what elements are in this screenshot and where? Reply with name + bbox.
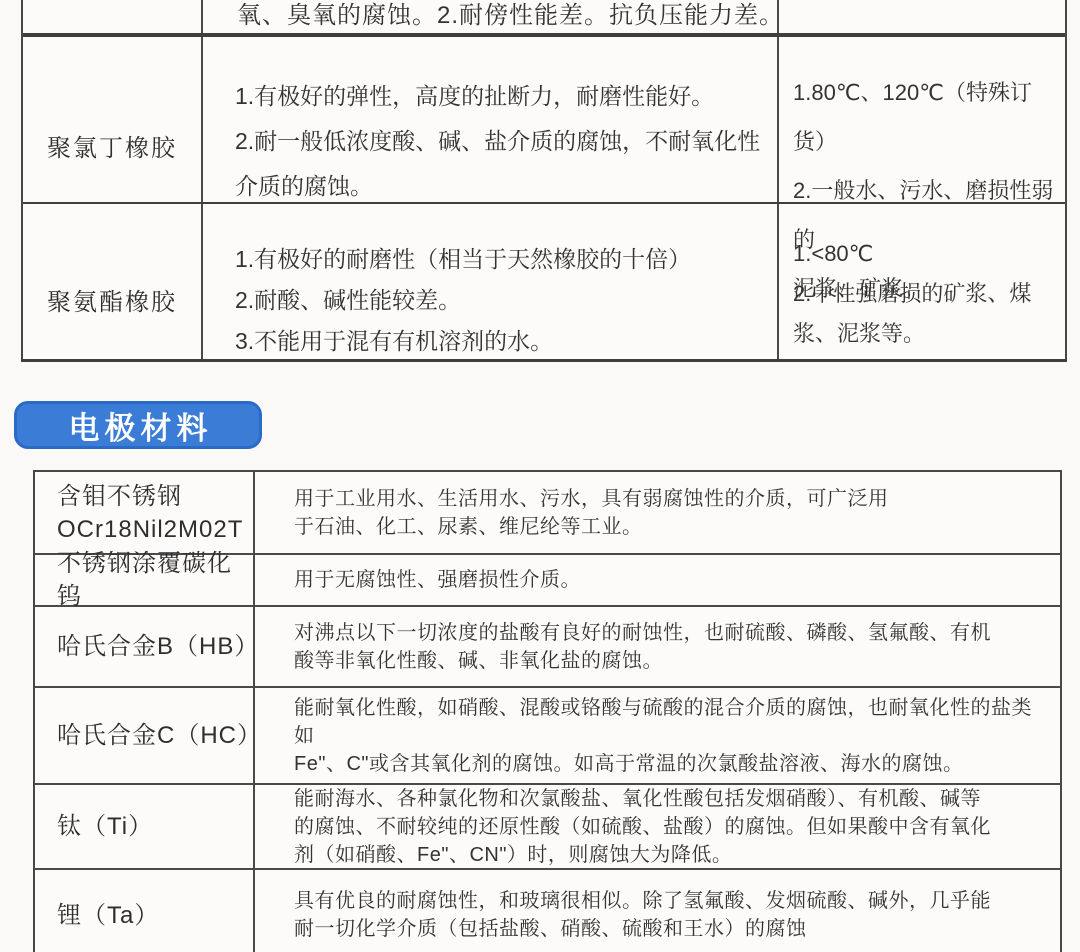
section-badge-electrode-materials: 电极材料 — [14, 401, 262, 449]
electrode-material-table: 含钼不锈钢 OCr18Nil2M02T 用于工业用水、生活用水、污水，具有弱腐蚀… — [33, 470, 1062, 952]
lining-row-usage-polyurethane: 1.<80℃ 2.中性强磨损的矿浆、煤 浆、泥浆等。 — [793, 234, 1063, 354]
electrode-material-description: 用于无腐蚀性、强磨损性介质。 — [255, 555, 1060, 605]
electrode-material-description: 对沸点以下一切浓度的盐酸有良好的耐蚀性，也耐硫酸、磷酸、氢氟酸、有机 酸等非氧化… — [255, 607, 1060, 686]
electrode-material-name-titanium: 钛（Ti） — [35, 785, 255, 868]
electrode-material-name-tantalum: 锂（Ta） — [35, 870, 255, 952]
lining-table-row-divider-1 — [23, 33, 1065, 37]
electrode-material-description: 能耐海水、各种氯化物和次氯酸盐、氧化性酸包括发烟硝酸）、有机酸、碱等 的腐蚀、不… — [255, 785, 1060, 868]
electrode-material-name-mo-stainless: 含钼不锈钢 OCr18Nil2M02T — [35, 472, 255, 553]
lining-row-features-neoprene: 1.有极好的弹性，高度的扯断力，耐磨性能好。 2.耐一般低浓度酸、碱、盐介质的腐… — [235, 74, 775, 209]
electrode-material-description: 用于工业用水、生活用水、污水，具有弱腐蚀性的介质，可广泛用 于石油、化工、尿素、… — [255, 472, 1060, 553]
lining-row-features-polyurethane: 1.有极好的耐磨性（相当于天然橡胶的十倍） 2.耐酸、碱性能较差。 3.不能用于… — [235, 239, 775, 362]
lining-row-name-polyurethane: 聚氨酯橡胶 — [23, 282, 201, 317]
electrode-material-name-tungsten-carbide: 不锈钢涂覆碳化钨 — [35, 555, 255, 605]
section-badge-label: 电极材料 — [64, 403, 213, 448]
electrode-material-description: 具有优良的耐腐蚀性，和玻璃很相似。除了氢氟酸、发烟硫酸、碱外，几乎能 耐一切化学… — [255, 870, 1060, 952]
table-row: 含钼不锈钢 OCr18Nil2M02T 用于工业用水、生活用水、污水，具有弱腐蚀… — [35, 472, 1060, 555]
table-row: 不锈钢涂覆碳化钨 用于无腐蚀性、强磨损性介质。 — [35, 555, 1060, 607]
lining-table-column-divider-1 — [201, 0, 203, 359]
table-row: 哈氏合金B（HB） 对沸点以下一切浓度的盐酸有良好的耐蚀性，也耐硫酸、磷酸、氢氟… — [35, 607, 1060, 688]
lining-row-partial-text: 氧、臭氧的腐蚀。2.耐傍性能差。抗负压能力差。 — [237, 0, 784, 32]
electrode-material-name-hastelloy-b: 哈氏合金B（HB） — [35, 607, 255, 686]
lining-material-table: 氧、臭氧的腐蚀。2.耐傍性能差。抗负压能力差。 聚氯丁橡胶 1.有极好的弹性，高… — [21, 0, 1067, 362]
electrode-material-description: 能耐氧化性酸，如硝酸、混酸或铬酸与硫酸的混合介质的腐蚀，也耐氧化性的盐类如 Fe… — [255, 688, 1060, 783]
table-row: 锂（Ta） 具有优良的耐腐蚀性，和玻璃很相似。除了氢氟酸、发烟硫酸、碱外，几乎能… — [35, 870, 1060, 952]
table-row: 哈氏合金C（HC） 能耐氧化性酸，如硝酸、混酸或铬酸与硫酸的混合介质的腐蚀，也耐… — [35, 688, 1060, 785]
lining-row-name-neoprene: 聚氯丁橡胶 — [23, 128, 201, 163]
lining-table-column-divider-2 — [777, 0, 779, 359]
table-row: 钛（Ti） 能耐海水、各种氯化物和次氯酸盐、氧化性酸包括发烟硝酸）、有机酸、碱等… — [35, 785, 1060, 870]
electrode-material-name-hastelloy-c: 哈氏合金C（HC） — [35, 688, 255, 783]
